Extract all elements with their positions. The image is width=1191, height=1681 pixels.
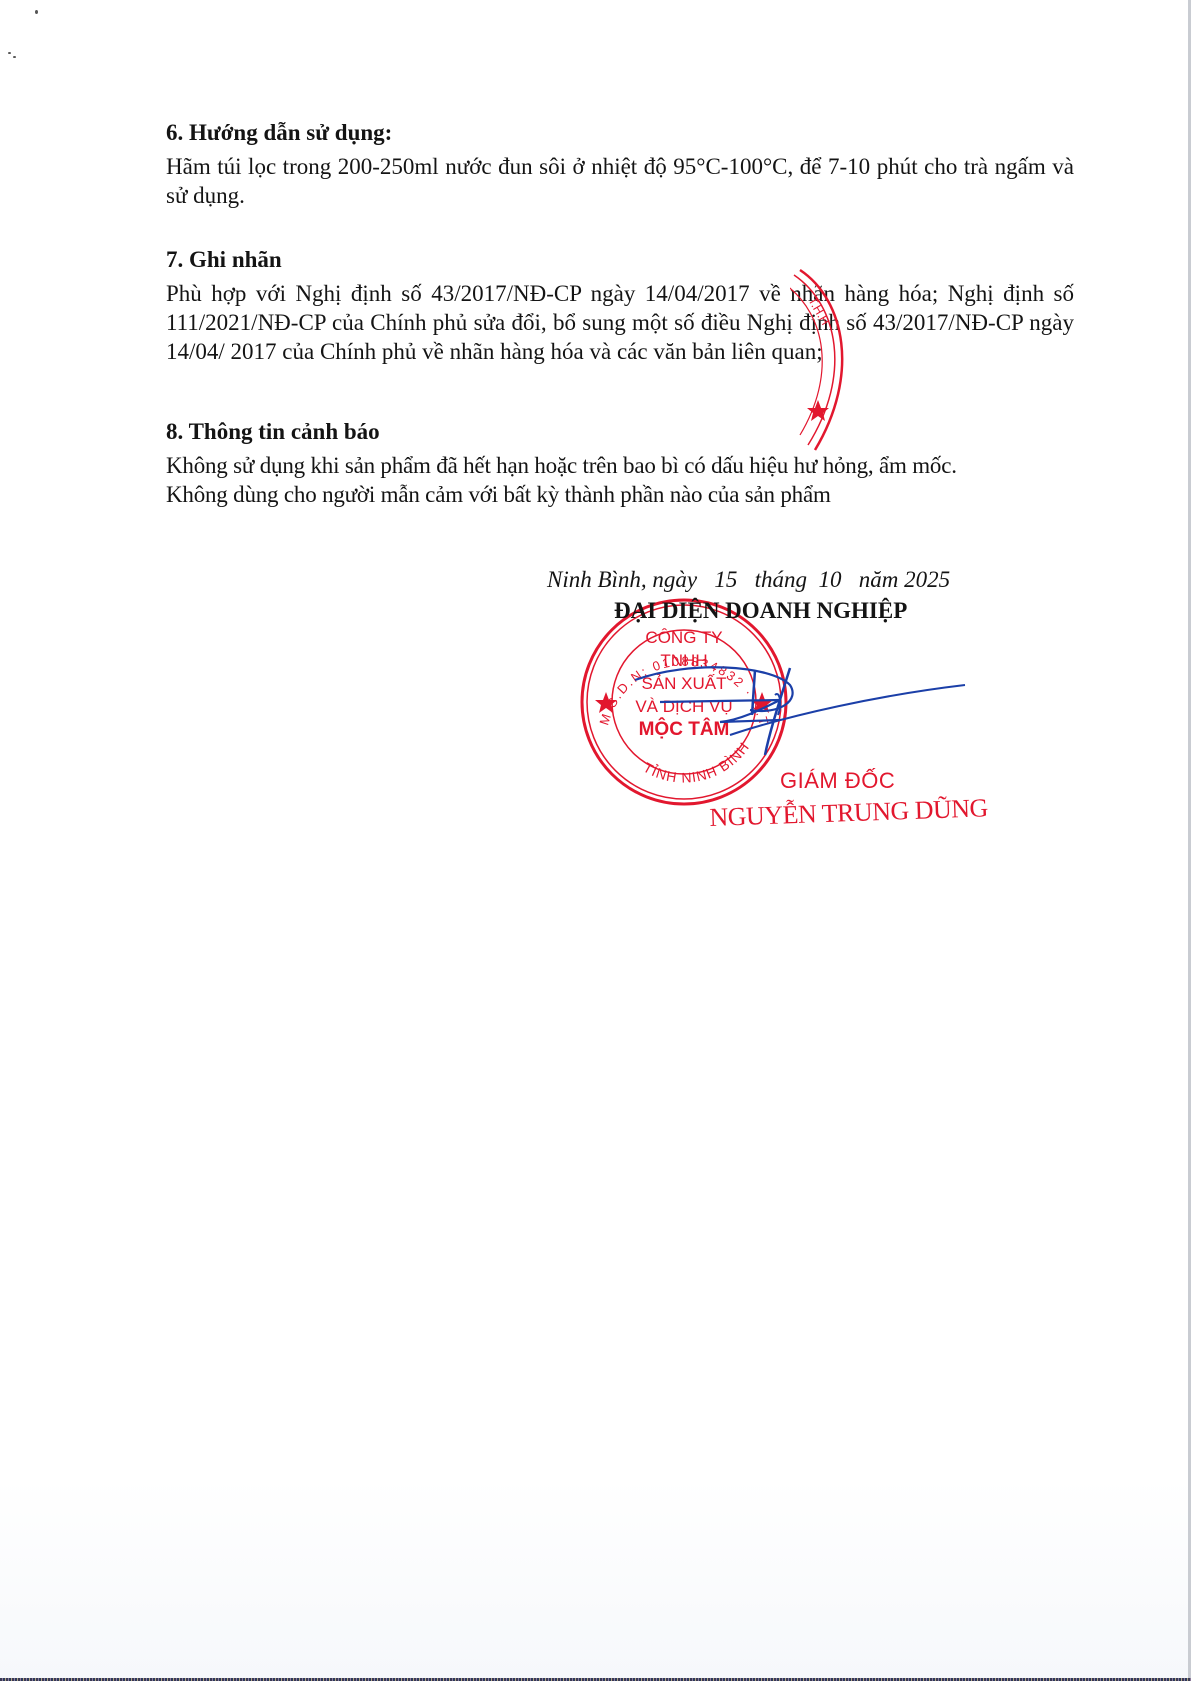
section-paragraph: Không sử dụng khi sản phẩm đã hết hạn ho… (166, 451, 1074, 480)
section-paragraph: Không dùng cho người mẫn cảm với bất kỳ … (166, 480, 1074, 509)
representative-title: ĐẠI DIỆN DOANH NGHIỆP (614, 598, 907, 624)
section-heading: 8. Thông tin cảnh báo (166, 417, 1074, 446)
scan-speck (13, 56, 16, 58)
section-usage-instructions: 6. Hướng dẫn sử dụng: Hãm túi lọc trong … (166, 118, 1074, 210)
dateline: Ninh Bình, ngày 15 tháng 10 năm 2025 (547, 567, 950, 593)
scan-speck (8, 52, 11, 54)
document-page: 6. Hướng dẫn sử dụng: Hãm túi lọc trong … (0, 0, 1191, 1681)
section-paragraph: Hãm túi lọc trong 200-250ml nước đun sôi… (166, 152, 1074, 210)
section-warning-info: 8. Thông tin cảnh báo Không sử dụng khi … (166, 417, 1074, 509)
partial-seal-mark: T.H.H (790, 265, 870, 455)
handwritten-signature (630, 660, 970, 780)
seal-line: CÔNG TY (578, 628, 790, 648)
scan-speck (35, 10, 38, 14)
section-labeling: 7. Ghi nhãn Phù hợp với Nghị định số 43/… (166, 245, 1074, 366)
section-paragraph: Phù hợp với Nghị định số 43/2017/NĐ-CP n… (166, 279, 1074, 366)
section-heading: 7. Ghi nhãn (166, 245, 1074, 274)
section-heading: 6. Hướng dẫn sử dụng: (166, 118, 1074, 147)
